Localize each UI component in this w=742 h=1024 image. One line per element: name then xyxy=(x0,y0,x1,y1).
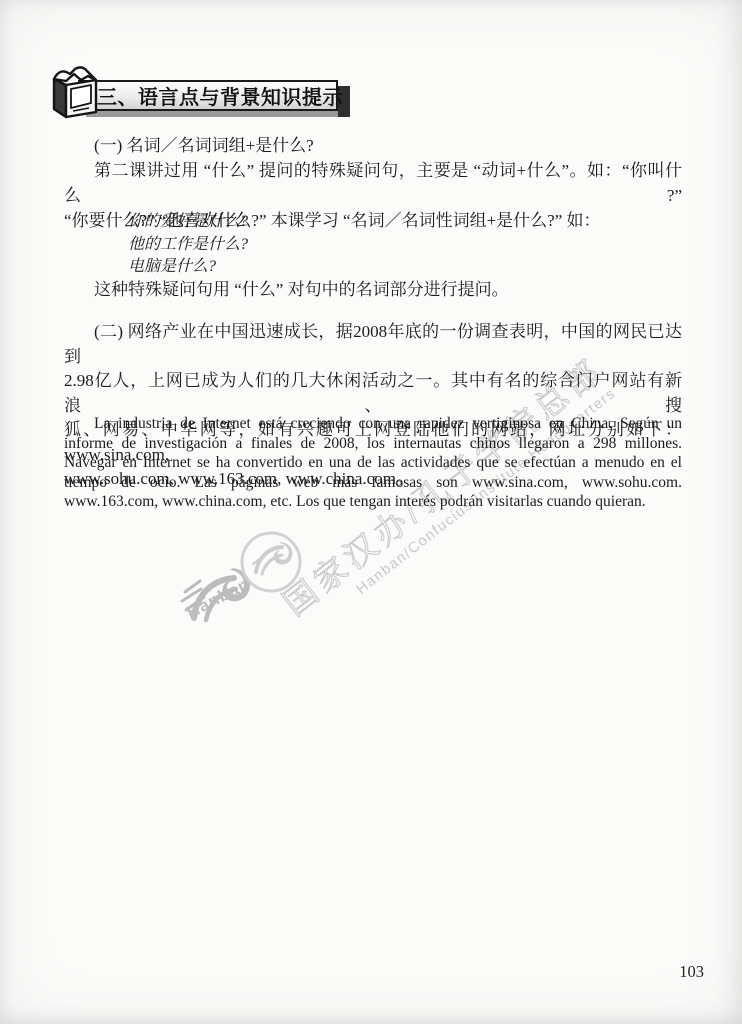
hanban-swirl-watermark-icon xyxy=(178,556,258,634)
text-line: 他的工作是什么? xyxy=(128,234,682,257)
text-line: 电脑是什么? xyxy=(128,256,682,279)
header-banner: 三、语言点与背景知识提示 xyxy=(78,80,338,111)
hanban-seal-watermark-icon xyxy=(236,528,306,598)
text-line: (二) 网络产业在中国迅速成长，据2008年底的一份调查表明，中国的网民已达到 xyxy=(64,320,682,369)
text-line: Navegar en Internet se ha convertido en … xyxy=(64,453,682,473)
text-line: 第二课讲过用 “什么” 提问的特殊疑问句，主要是 “动词+什么”。如：“你叫什么… xyxy=(64,158,682,208)
section1-conclusion: 这种特殊疑问句用 “什么” 对句中的名词部分进行提问。 xyxy=(64,277,682,303)
section1-example-sentences: 你的爱好是什么?他的工作是什么?电脑是什么? xyxy=(64,211,682,279)
section2-spanish-paragraph: La industria de Internet está creciendo … xyxy=(64,414,682,512)
section1-heading: (一) 名词／名词词组+是什么? xyxy=(64,133,682,159)
text-line: www.163.com, www.china.com, etc. Los que… xyxy=(64,492,682,512)
hanban-watermark-label: Hanban xyxy=(183,574,253,623)
textbook-page: Hanban 国家汉办/孔子学院总部 Hanban/Confucius Inst… xyxy=(0,0,742,1024)
text-line: La industria de Internet está creciendo … xyxy=(64,414,682,434)
text-line: tiempo de ocio. Las páginas web más famo… xyxy=(64,473,682,493)
text-line: 你的爱好是什么? xyxy=(128,211,682,234)
open-book-icon xyxy=(44,63,108,121)
text-line: 2.98亿人，上网已成为人们的几大休闲活动之一。其中有名的综合门户网站有新浪、搜 xyxy=(64,369,682,418)
text-line: informe de investigación a finales de 20… xyxy=(64,434,682,454)
section-title: 三、语言点与背景知识提示 xyxy=(97,81,343,110)
page-number: 103 xyxy=(656,962,704,982)
